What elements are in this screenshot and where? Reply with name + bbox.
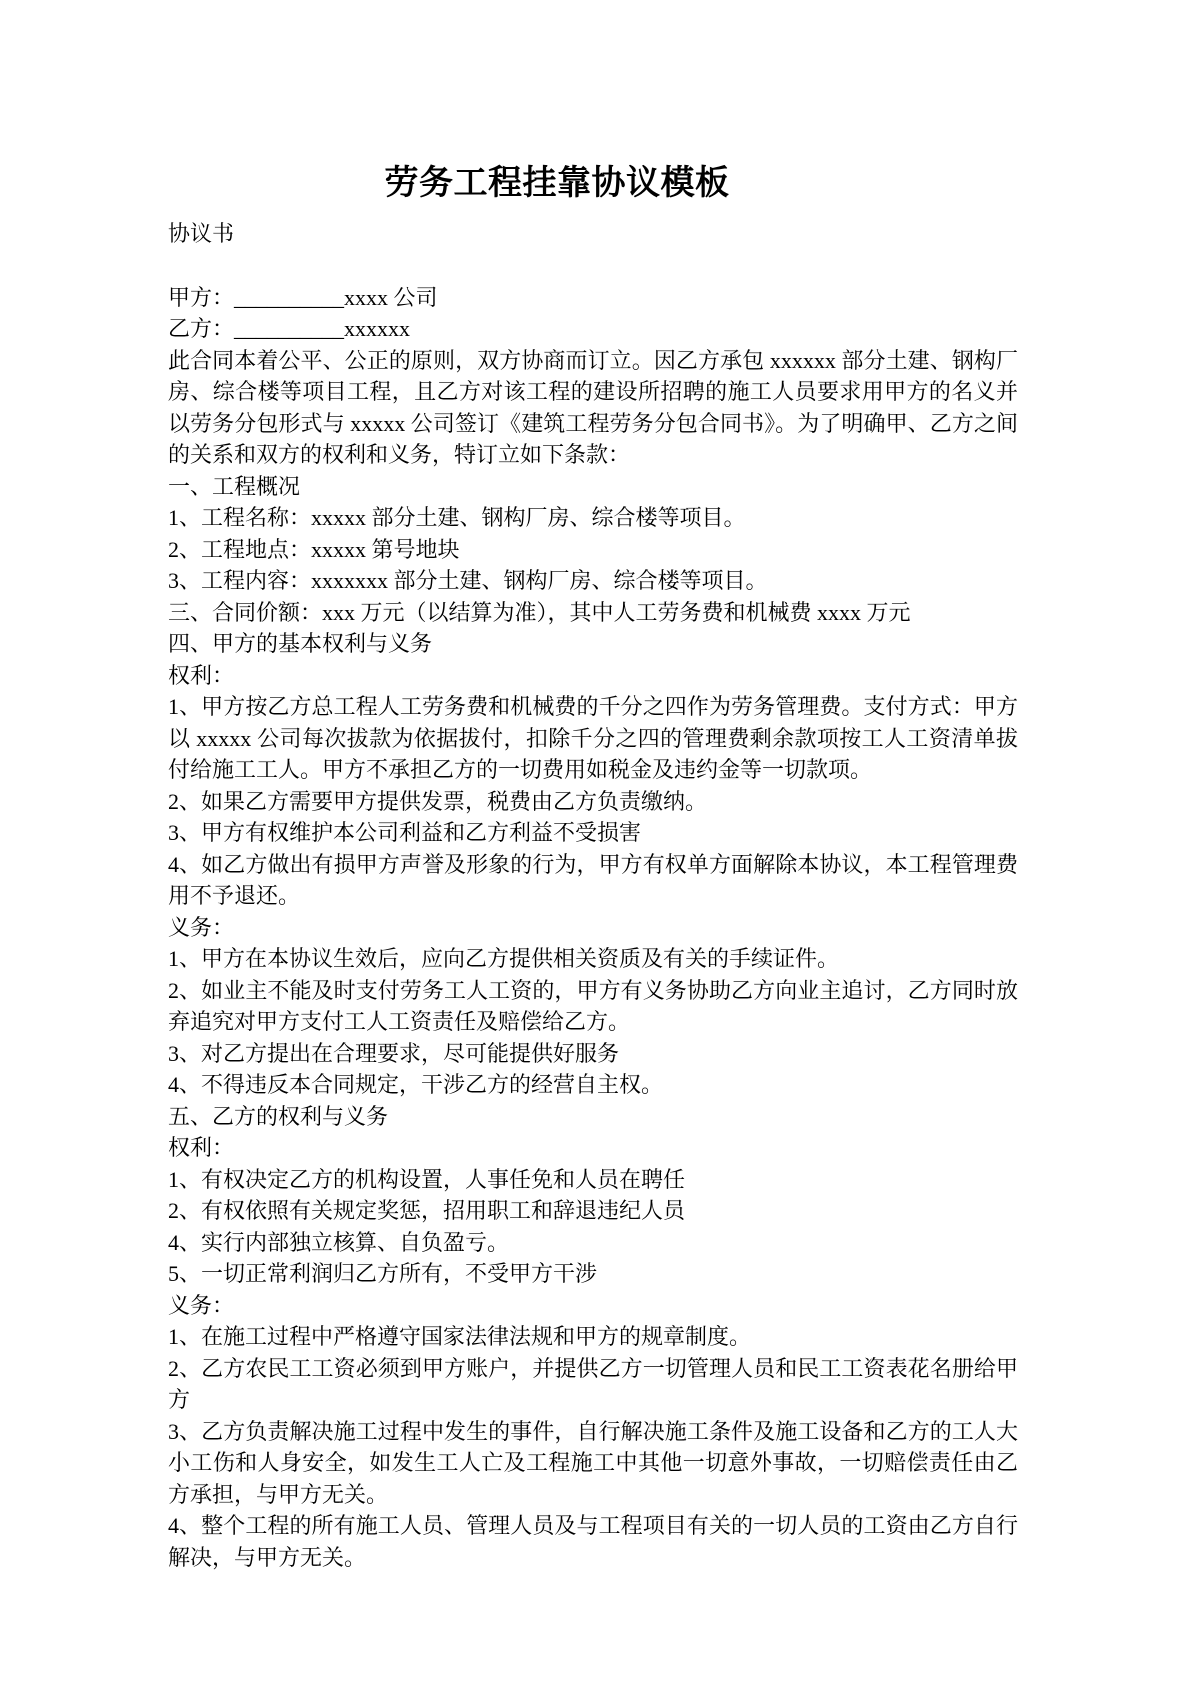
party-b-value: xxxxxx xyxy=(344,316,410,341)
document-paragraph: 2、工程地点：xxxxx 第号地块 xyxy=(168,534,1018,566)
document-paragraph: 1、工程名称：xxxxx 部分土建、钢构厂房、综合楼等项目。 xyxy=(168,502,1018,534)
document-paragraph: 1、有权决定乙方的机构设置，人事任免和人员在聘任 xyxy=(168,1164,1018,1196)
document-paragraph: 五、乙方的权利与义务 xyxy=(168,1101,1018,1133)
party-a-blank: __________ xyxy=(234,285,344,310)
document-page: 劳务工程挂靠协议模板 协议书 甲方：__________xxxx 公司 乙方：_… xyxy=(0,0,1190,1683)
document-paragraph: 3、工程内容：xxxxxxx 部分土建、钢构厂房、综合楼等项目。 xyxy=(168,565,1018,597)
party-b-label: 乙方： xyxy=(168,316,234,341)
document-paragraph: 4、不得违反本合同规定，干涉乙方的经营自主权。 xyxy=(168,1069,1018,1101)
party-a-value: xxxx 公司 xyxy=(344,285,438,310)
party-a-line: 甲方：__________xxxx 公司 xyxy=(168,282,1018,314)
party-b-line: 乙方：__________xxxxxx xyxy=(168,313,1018,345)
document-paragraph: 4、整个工程的所有施工人员、管理人员及与工程项目有关的一切人员的工资由乙方自行解… xyxy=(168,1510,1018,1573)
document-paragraph: 权利： xyxy=(168,1132,1018,1164)
document-paragraphs: 此合同本着公平、公正的原则，双方协商而订立。因乙方承包 xxxxxx 部分土建、… xyxy=(168,345,1018,1574)
document-paragraph: 义务： xyxy=(168,1290,1018,1322)
document-paragraph: 1、甲方按乙方总工程人工劳务费和机械费的千分之四作为劳务管理费。支付方式：甲方以… xyxy=(168,691,1018,786)
document-paragraph: 3、对乙方提出在合理要求，尽可能提供好服务 xyxy=(168,1038,1018,1070)
document-paragraph: 2、如业主不能及时支付劳务工人工资的，甲方有义务协助乙方向业主追讨，乙方同时放弃… xyxy=(168,975,1018,1038)
document-paragraph: 2、有权依照有关规定奖惩，招用职工和辞退违纪人员 xyxy=(168,1195,1018,1227)
document-paragraph: 义务： xyxy=(168,912,1018,944)
doc-type-label: 协议书 xyxy=(168,218,1018,250)
document-paragraph: 权利： xyxy=(168,660,1018,692)
document-paragraph: 1、在施工过程中严格遵守国家法律法规和甲方的规章制度。 xyxy=(168,1321,1018,1353)
document-paragraph: 2、乙方农民工工资必须到甲方账户，并提供乙方一切管理人员和民工工资表花名册给甲方 xyxy=(168,1353,1018,1416)
document-paragraph: 5、一切正常利润归乙方所有，不受甲方干涉 xyxy=(168,1258,1018,1290)
document-paragraph: 4、实行内部独立核算、自负盈亏。 xyxy=(168,1227,1018,1259)
party-b-blank: __________ xyxy=(234,316,344,341)
document-paragraph: 此合同本着公平、公正的原则，双方协商而订立。因乙方承包 xxxxxx 部分土建、… xyxy=(168,345,1018,471)
document-paragraph: 4、如乙方做出有损甲方声誉及形象的行为，甲方有权单方面解除本协议，本工程管理费用… xyxy=(168,849,1018,912)
document-paragraph: 3、乙方负责解决施工过程中发生的事件，自行解决施工条件及施工设备和乙方的工人大小… xyxy=(168,1416,1018,1511)
document-paragraph: 3、甲方有权维护本公司利益和乙方利益不受损害 xyxy=(168,817,1018,849)
document-paragraph: 三、合同价额：xxx 万元（以结算为准），其中人工劳务费和机械费 xxxx 万元 xyxy=(168,597,1018,629)
page-title: 劳务工程挂靠协议模板 xyxy=(168,162,946,206)
document-paragraph: 2、如果乙方需要甲方提供发票，税费由乙方负责缴纳。 xyxy=(168,786,1018,818)
document-paragraph: 四、甲方的基本权利与义务 xyxy=(168,628,1018,660)
document-paragraph: 一、工程概况 xyxy=(168,471,1018,503)
document-paragraph: 1、甲方在本协议生效后，应向乙方提供相关资质及有关的手续证件。 xyxy=(168,943,1018,975)
party-a-label: 甲方： xyxy=(168,285,234,310)
